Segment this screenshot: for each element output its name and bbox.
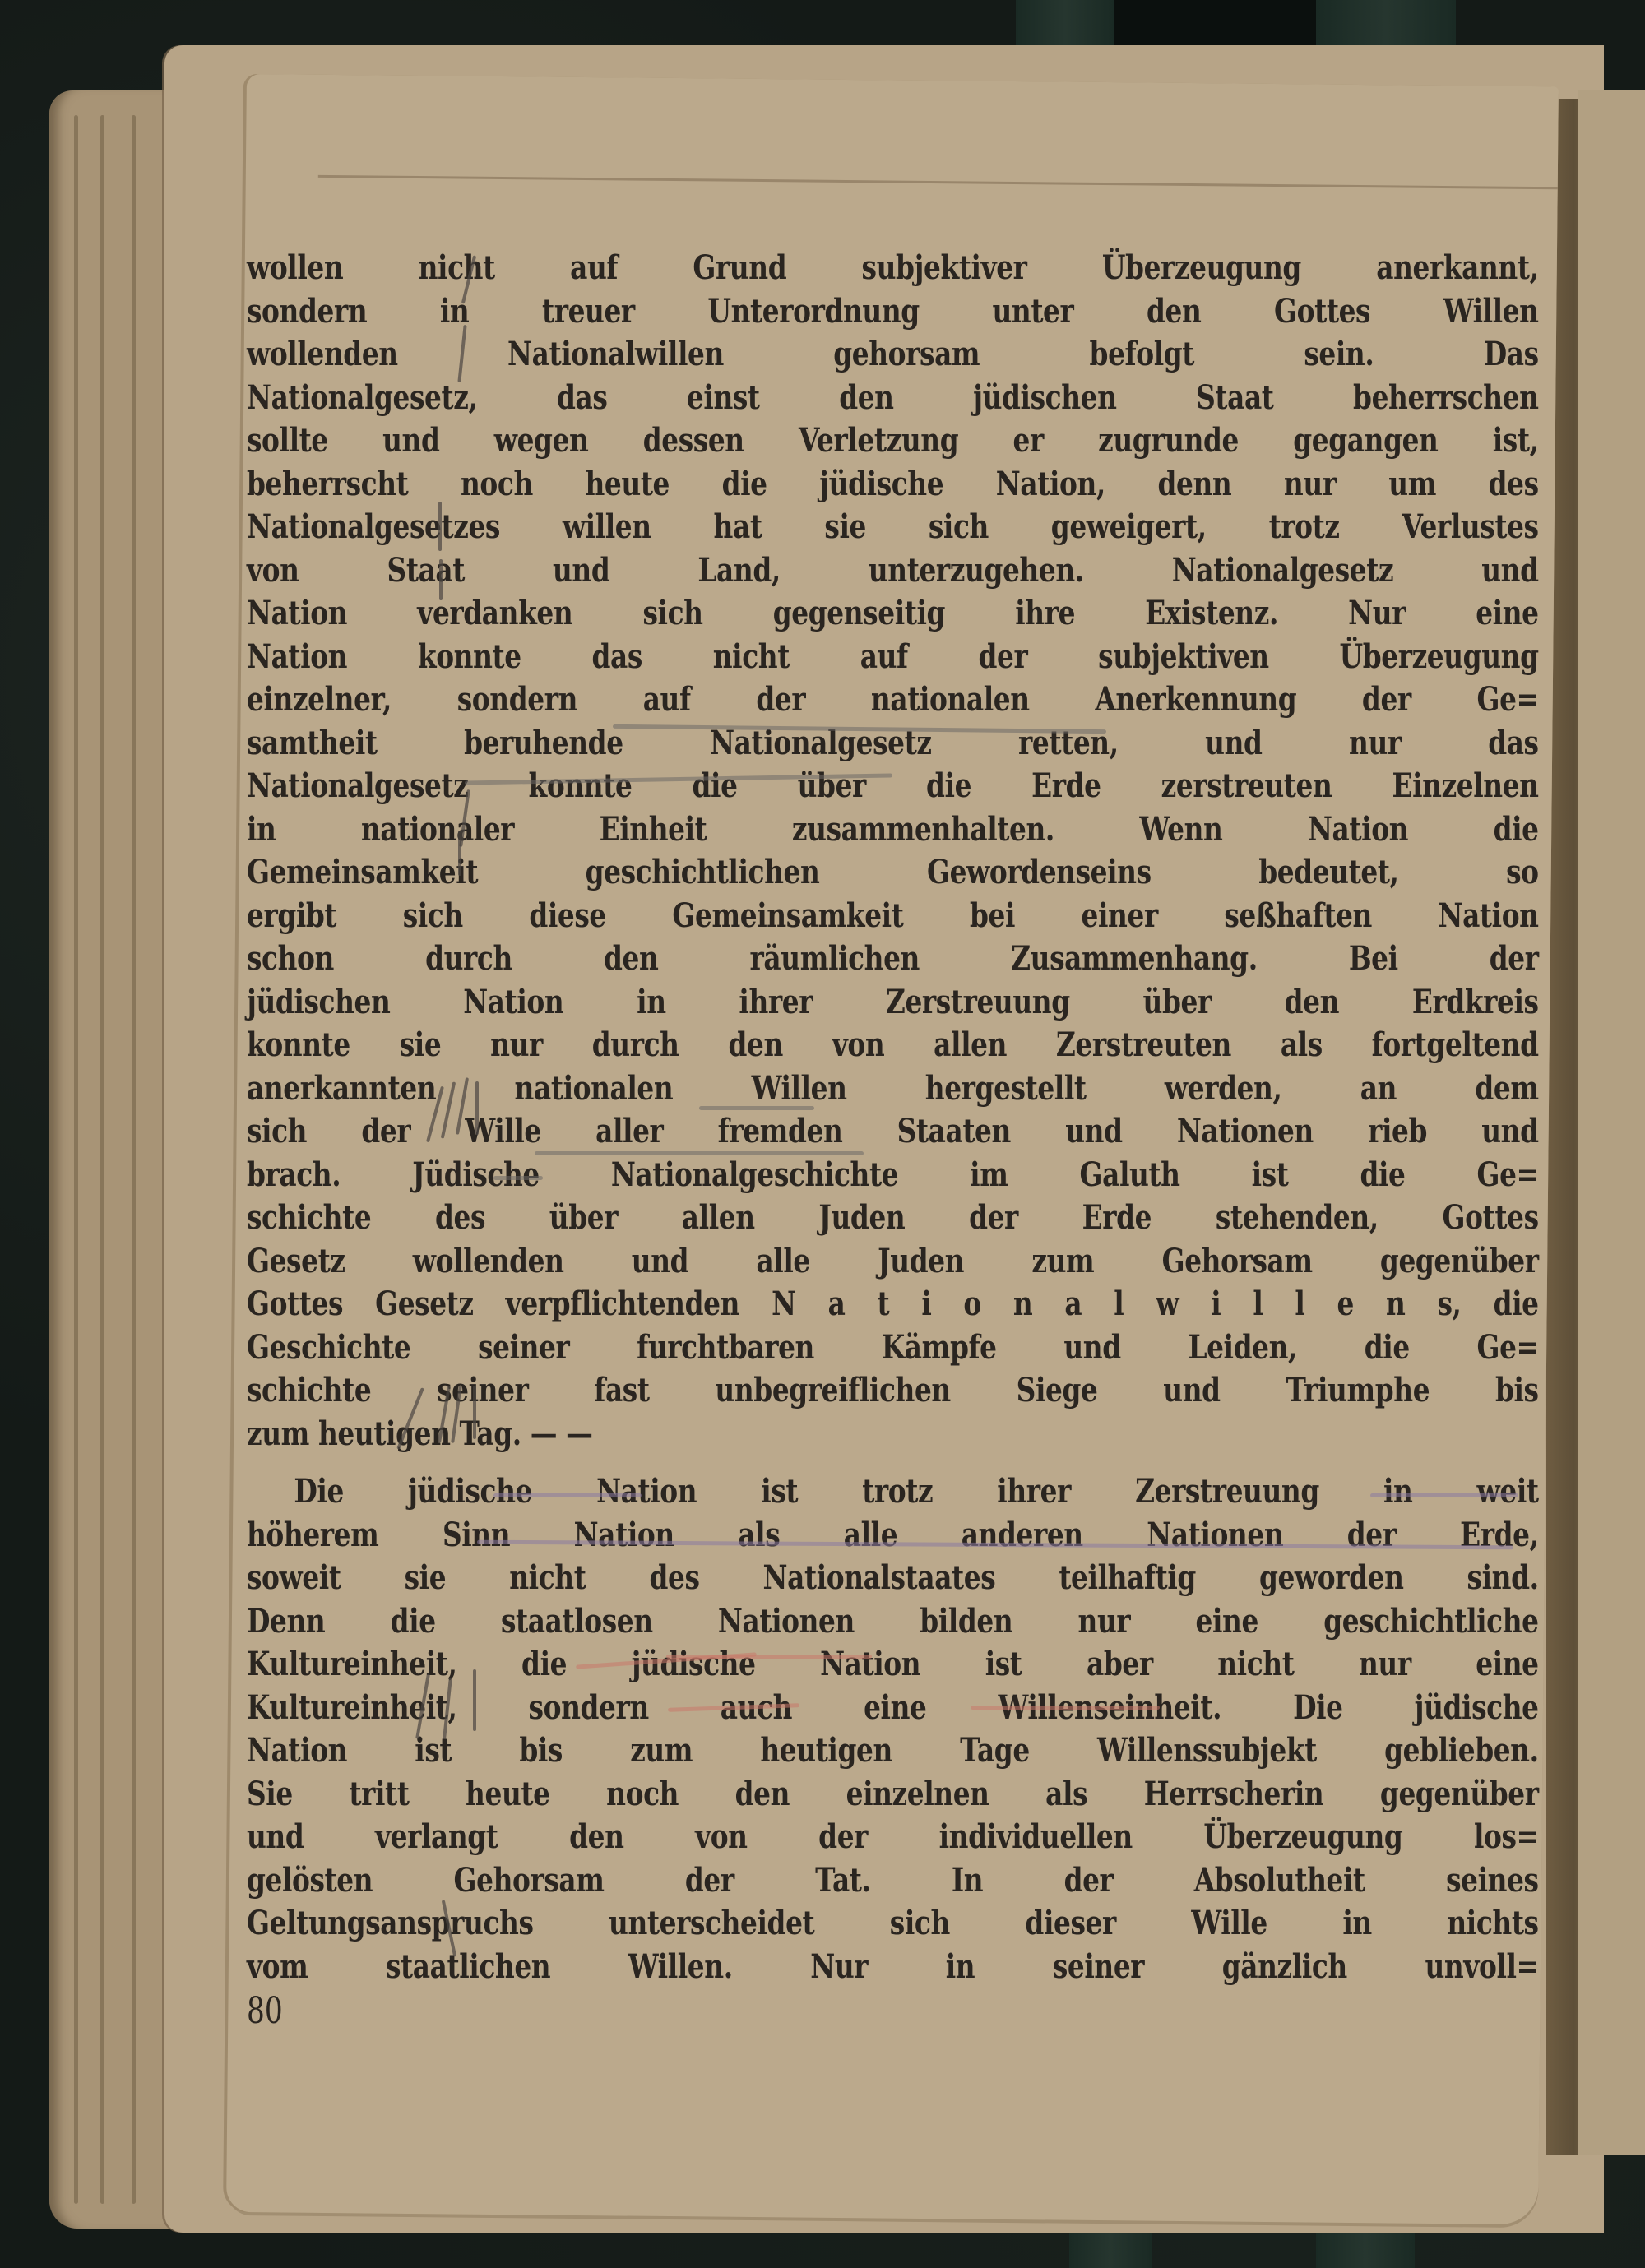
text-line: in nationaler Einheit zusammenhalten. We… [247, 808, 1539, 852]
text-line: Nation konnte das nicht auf der subjekti… [247, 636, 1539, 679]
text-line: brach. Jüdische Nationalgeschichte im Ga… [247, 1154, 1539, 1197]
page-edge-line [132, 115, 136, 2204]
text-line: schon durch den räumlichen Zusammenhang.… [247, 937, 1539, 981]
pencil-underline [699, 1106, 814, 1110]
purple-underline [493, 1493, 642, 1497]
paragraph-1: wollen nicht auf Grund subjektiver Überz… [247, 247, 1538, 1456]
text-line: konnte sie nur durch den von allen Zerst… [247, 1024, 1539, 1067]
text-line: schichte seiner fast unbegreiflichen Sie… [247, 1369, 1539, 1413]
purple-underline [1370, 1493, 1518, 1497]
text-line: Geltungsanspruchs unterscheidet sich die… [247, 1902, 1539, 1946]
pencil-margin-mark [473, 1386, 476, 1439]
page-edge-line [100, 115, 104, 2204]
pencil-margin-mark [475, 1081, 479, 1135]
text-line: Gemeinsamkeit geschichtlichen Gewordense… [247, 851, 1539, 895]
text-line: Kultureinheit, die jüdische Nation ist a… [247, 1643, 1539, 1687]
page-inner-edge [318, 175, 1558, 189]
text-line: ergibt sich diese Gemeinsamkeit bei eine… [247, 895, 1539, 938]
text-line: gelösten Gehorsam der Tat. In der Absolu… [247, 1859, 1539, 1903]
pencil-underline [493, 1176, 543, 1180]
text-line: Nation ist bis zum heutigen Tage Willens… [247, 1729, 1539, 1773]
text-line: beherrscht noch heute die jüdische Natio… [247, 463, 1539, 507]
text-line: Nationalgesetz konnte die über die Erde … [247, 765, 1539, 808]
text-line: soweit sie nicht des Nationalstaates tei… [247, 1557, 1539, 1600]
pencil-margin-mark [473, 1669, 476, 1731]
text-line: sollte und wegen dessen Verletzung er zu… [247, 419, 1539, 463]
text-line: wollen nicht auf Grund subjektiver Überz… [247, 247, 1539, 290]
text-line: Die jüdische Nation ist trotz ihrer Zers… [247, 1470, 1539, 1514]
pencil-underline [535, 1151, 864, 1155]
paragraph-gap [247, 1456, 1538, 1470]
text-line: höherem Sinn Nation als alle anderen Nat… [247, 1514, 1539, 1558]
facing-page-edge [1578, 90, 1645, 2155]
text-line: jüdischen Nation in ihrer Zerstreuung üb… [247, 981, 1539, 1025]
page-edge-line [74, 115, 78, 2204]
text-line: wollenden Nationalwillen gehorsam befolg… [247, 333, 1539, 377]
text-line: Sie tritt heute noch den einzelnen als H… [247, 1773, 1539, 1817]
text-line: Geschichte seiner furchtbaren Kämpfe und… [247, 1326, 1539, 1370]
red-underline [971, 1706, 1160, 1710]
text-line: Denn die staatlosen Nationen bilden nur … [247, 1600, 1539, 1644]
pencil-margin-mark [439, 559, 443, 600]
text-line: und verlangt den von der individuellen Ü… [247, 1816, 1539, 1859]
text-line: Gesetz wollenden und alle Juden zum Geho… [247, 1240, 1539, 1284]
text-line: Kultureinheit, sondern auch eine Willens… [247, 1687, 1539, 1730]
pencil-margin-mark [458, 831, 461, 876]
text-line: sondern in treuer Unterordnung unter den… [247, 290, 1539, 334]
text-line: schichte des über allen Juden der Erde s… [247, 1196, 1539, 1240]
pencil-margin-mark [438, 502, 442, 551]
text-line: Gottes Gesetz verpflichtenden N a t i o … [247, 1283, 1539, 1326]
text-line: sich der Wille aller fremden Staaten und… [247, 1110, 1539, 1154]
red-underline [666, 1655, 872, 1659]
page-number: 80 [247, 1990, 283, 2032]
text-line: vom staatlichen Willen. Nur in seiner gä… [247, 1946, 1539, 1989]
text-line: einzelner, sondern auf der nationalen An… [247, 678, 1539, 722]
text-line: Nationalgesetz, das einst den jüdischen … [247, 377, 1539, 420]
